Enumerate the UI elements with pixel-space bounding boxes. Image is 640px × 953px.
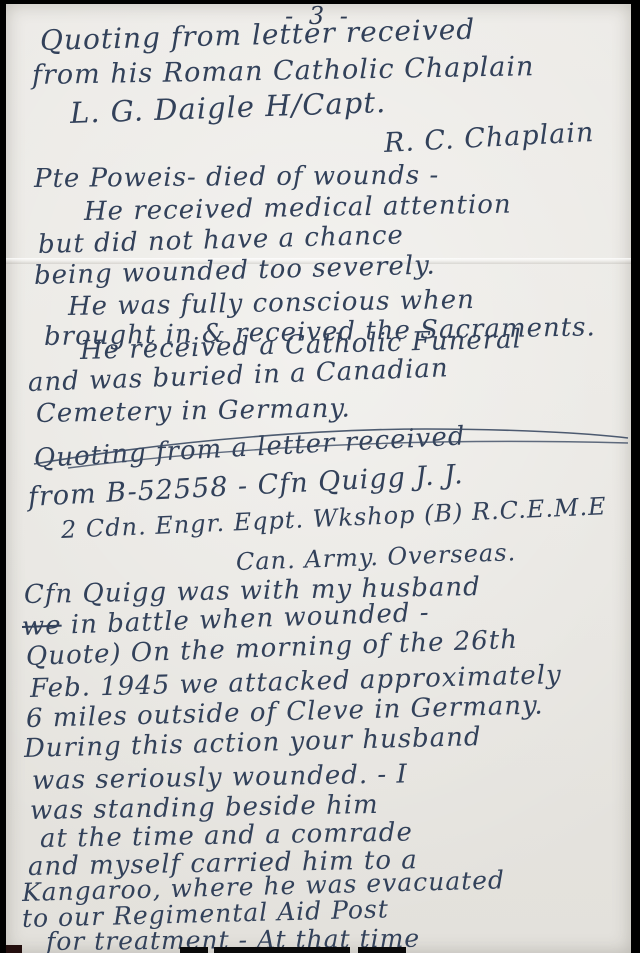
struck-word: we xyxy=(21,611,62,642)
scan-edge-segment xyxy=(214,947,350,953)
handwritten-line: He received medical attention xyxy=(84,190,512,227)
scan-edge-segment xyxy=(180,947,208,953)
section-divider-line xyxy=(6,422,631,472)
scanned-letter-page: - 3 - Quoting from letter receivedfrom h… xyxy=(0,0,640,953)
handwritten-line: Pte Poweis- died of wounds - xyxy=(34,160,440,194)
scan-corner-block xyxy=(6,945,22,953)
handwritten-line: from his Roman Catholic Chaplain xyxy=(32,51,535,91)
scan-edge-segment xyxy=(358,947,406,953)
handwritten-line: L. G. Daigle H/Capt. xyxy=(69,85,386,130)
paper-sheet: - 3 - Quoting from letter receivedfrom h… xyxy=(6,4,631,953)
handwritten-line: Can. Army. Overseas. xyxy=(236,538,517,576)
handwritten-line: R. C. Chaplain xyxy=(383,117,595,159)
